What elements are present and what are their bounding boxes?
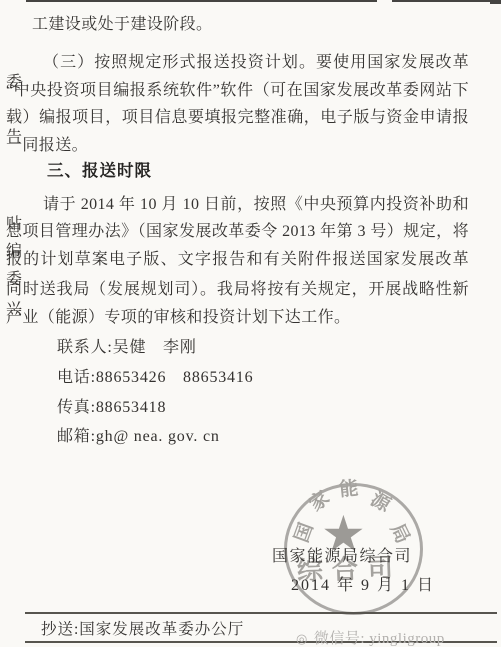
watermark: ◎微信号: yingligroup <box>296 629 445 647</box>
signature-date: 2014 年 9 月 1 日 <box>291 576 435 596</box>
watermark-text: 微信号: yingligroup <box>314 631 445 647</box>
seal-ring-char: 能 <box>338 478 360 502</box>
scan-artifact-blob <box>490 0 501 4</box>
contact-email: 邮箱:gh@ nea. gov. cn <box>57 427 220 447</box>
scanned-document-page: 工建设或处于建设阶段。 （三）按照规定形式报送投资计划。要使用国家发展改革委 “… <box>0 0 501 647</box>
contact-person: 联系人:吴健 李刚 <box>57 338 197 358</box>
scan-artifact-line <box>26 0 377 2</box>
scan-artifact-line <box>392 0 501 2</box>
cc-line: 抄送:国家发展改革委办公厅 <box>41 620 244 640</box>
contact-fax: 传真:88653418 <box>57 398 166 418</box>
paragraph-tail-line: 工建设或处于建设阶段。 <box>6 15 469 35</box>
section-line-5: 产业（能源）专项的审核和投资计划下达工作。 <box>6 308 469 328</box>
item3-line-2: “中央投资项目编报系统软件”软件（可在国家发展改革委网站下 <box>6 81 469 101</box>
footer-rule-top <box>25 612 497 614</box>
contact-phone: 电话:88653426 88653416 <box>57 368 253 388</box>
section-heading: 三、报送时限 <box>6 161 469 182</box>
signature-org: 国家能源局综合司 <box>272 547 412 567</box>
wechat-logo-icon: ◎ <box>296 629 308 647</box>
item3-line-4: 一同报送。 <box>6 136 469 156</box>
